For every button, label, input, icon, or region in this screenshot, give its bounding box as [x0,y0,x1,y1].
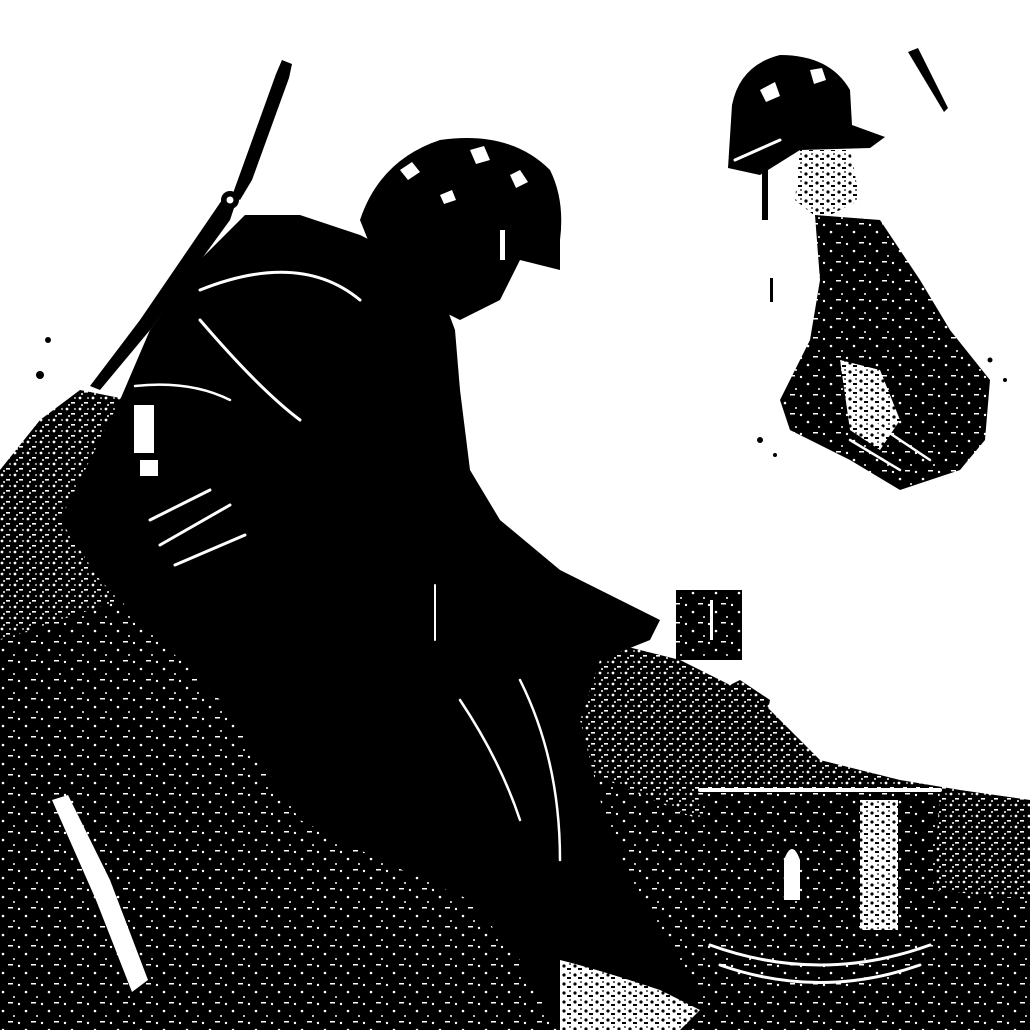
small-box [676,590,742,660]
photograph [0,0,1030,1030]
